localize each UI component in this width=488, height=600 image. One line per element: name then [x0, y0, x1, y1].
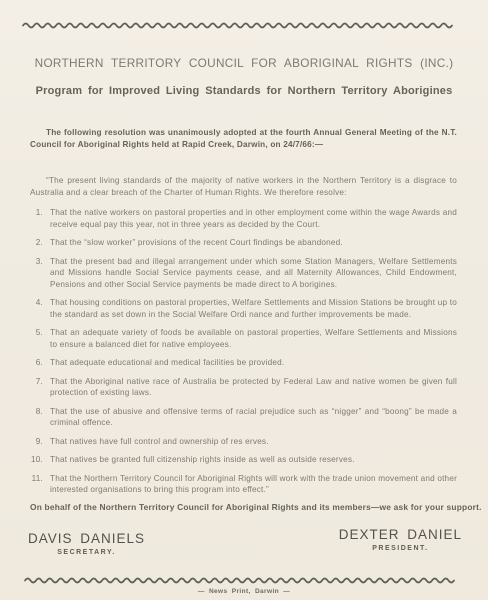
resolution-item: 9.That natives have full control and own…: [30, 436, 457, 448]
resolution-number: 7.: [30, 376, 43, 399]
resolution-item: 5.That an adequate variety of foods be a…: [30, 327, 457, 350]
secretary-name: DAVIS DANIELS: [28, 531, 145, 546]
president-name: DEXTER DANIEL: [339, 527, 462, 542]
printer-imprint: — News Print, Darwin —: [0, 588, 488, 595]
resolution-text: That adequate educational and medical fa…: [50, 357, 457, 369]
resolution-text: That the “slow worker” provisions of the…: [50, 237, 457, 249]
signature-president: DEXTER DANIEL PRESIDENT.: [339, 527, 462, 552]
resolution-text: That natives have full control and owner…: [50, 436, 457, 448]
resolution-number: 6.: [30, 357, 43, 369]
resolution-number: 3.: [30, 256, 43, 291]
resolution-number: 1.: [30, 207, 43, 230]
resolution-number: 8.: [30, 406, 43, 429]
resolution-text: That the Northern Territory Council for …: [50, 473, 457, 496]
resolution-list: 1.That the native workers on pastoral pr…: [30, 207, 457, 503]
wavy-rule-bottom-icon: [24, 575, 455, 584]
resolution-item: 11.That the Northern Territory Council f…: [30, 473, 457, 496]
resolution-item: 4.That housing conditions on pastoral pr…: [30, 297, 457, 320]
resolution-number: 2.: [30, 237, 43, 249]
resolution-text: That housing conditions on pastoral prop…: [50, 297, 457, 320]
resolution-item: 7.That the Aboriginal native race of Aus…: [30, 376, 457, 399]
wavy-rule-top-icon: [22, 20, 455, 29]
resolution-item: 1.That the native workers on pastoral pr…: [30, 207, 457, 230]
secretary-role: SECRETARY.: [28, 549, 145, 556]
resolution-number: 10.: [30, 454, 43, 466]
page-subtitle: Program for Improved Living Standards fo…: [0, 85, 488, 97]
resolution-item: 3.That the present bad and illegal arran…: [30, 256, 457, 291]
resolution-text: That an adequate variety of foods be ava…: [50, 327, 457, 350]
resolution-text: That the Aboriginal native race of Austr…: [50, 376, 457, 399]
resolution-preamble: “The present living standards of the maj…: [30, 175, 457, 198]
pamphlet-page: NORTHERN TERRITORY COUNCIL FOR ABORIGINA…: [0, 0, 488, 600]
resolution-text: That the use of abusive and offensive te…: [50, 406, 457, 429]
support-line: On behalf of the Northern Territory Coun…: [30, 502, 458, 512]
resolution-number: 9.: [30, 436, 43, 448]
adoption-note: The following resolution was unanimously…: [30, 127, 457, 150]
resolution-number: 4.: [30, 297, 43, 320]
signature-secretary: DAVIS DANIELS SECRETARY.: [28, 531, 145, 556]
resolution-item: 6.That adequate educational and medical …: [30, 357, 457, 369]
page-title: NORTHERN TERRITORY COUNCIL FOR ABORIGINA…: [0, 56, 488, 70]
resolution-number: 11.: [30, 473, 43, 496]
president-role: PRESIDENT.: [339, 545, 462, 552]
resolution-text: That the native workers on pastoral prop…: [50, 207, 457, 230]
resolution-item: 10.That natives be granted full citizens…: [30, 454, 457, 466]
resolution-text: That natives be granted full citizenship…: [50, 454, 457, 466]
resolution-number: 5.: [30, 327, 43, 350]
resolution-text: That the present bad and illegal arrange…: [50, 256, 457, 291]
resolution-item: 2.That the “slow worker” provisions of t…: [30, 237, 457, 249]
resolution-item: 8.That the use of abusive and offensive …: [30, 406, 457, 429]
